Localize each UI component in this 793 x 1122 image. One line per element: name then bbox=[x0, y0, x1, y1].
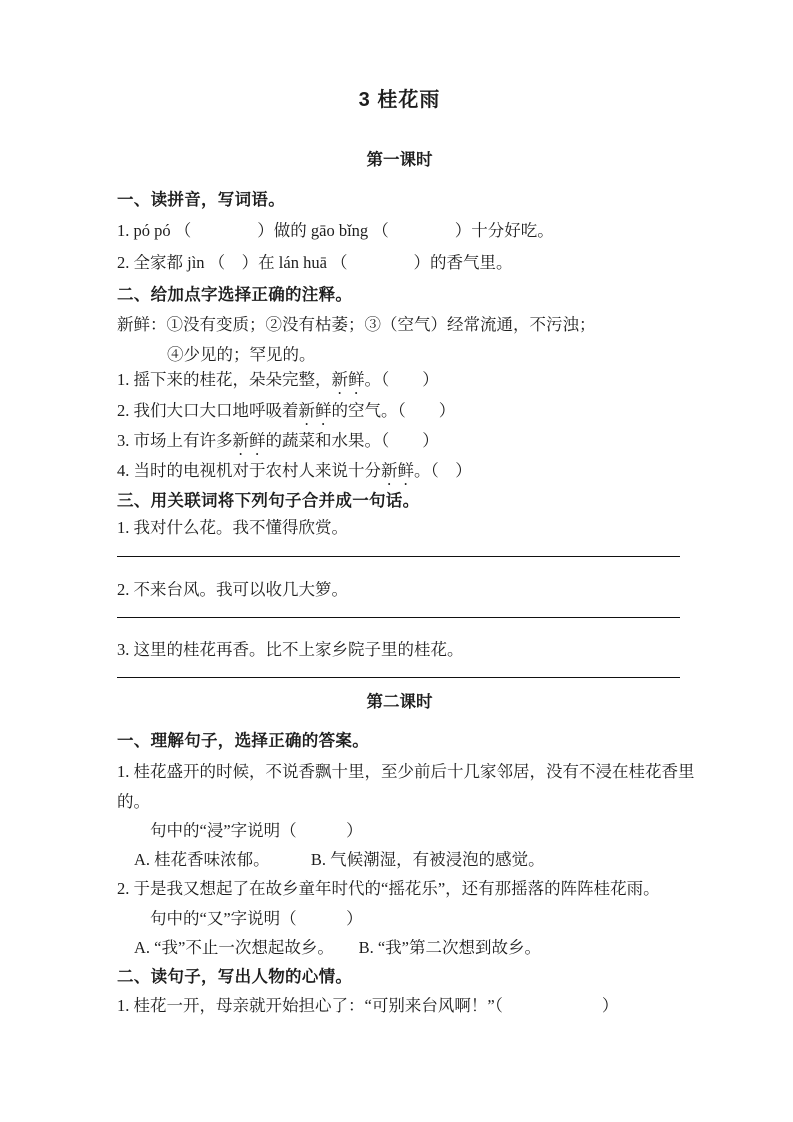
question-pre: 2. 我们大口大口地呼吸着 bbox=[117, 401, 299, 420]
comprehension-q1-prompt: 句中的“浸”字说明（ ） bbox=[150, 819, 363, 843]
combine-sentence-2: 2. 不来台风。我可以收几大箩。 bbox=[117, 578, 348, 602]
comprehension-q1-line1: 1. 桂花盛开的时候，不说香飘十里，至少前后十几家邻居，没有不浸在桂花香里 bbox=[117, 760, 695, 784]
mood-question-1: 1. 桂花一开，母亲就开始担心了：“可别来台风啊！”（ ） bbox=[117, 994, 618, 1018]
comprehension-q2-sentence: 2. 于是我又想起了在故乡童年时代的“摇花乐”，还有那摇落的阵阵桂花雨。 bbox=[117, 877, 660, 901]
emphasized-word: 新鲜 bbox=[381, 461, 414, 480]
comprehension-q1-options: A. 桂花香味浓郁。 B. 气候潮湿，有被浸泡的感觉。 bbox=[134, 848, 545, 872]
s1-section2-heading: 二、给加点字选择正确的注释。 bbox=[117, 283, 352, 307]
emphasized-word: 新鲜 bbox=[233, 431, 266, 450]
question-pre: 4. 当时的电视机对于农村人来说十分 bbox=[117, 461, 381, 480]
s2-section2-heading: 二、读句子，写出人物的心情。 bbox=[117, 965, 352, 989]
combine-sentence-1: 1. 我对什么花。我不懂得欣赏。 bbox=[117, 516, 348, 540]
session2-heading: 第二课时 bbox=[117, 690, 682, 714]
comprehension-q2-prompt: 句中的“又”字说明（ ） bbox=[150, 907, 363, 931]
question-post: 的蔬菜和水果。（ ） bbox=[266, 431, 439, 450]
annotation-question-4: 4. 当时的电视机对于农村人来说十分新鲜。（ ） bbox=[117, 459, 472, 489]
s1-section3-heading: 三、用关联词将下列句子合并成一句话。 bbox=[117, 489, 419, 513]
worksheet-content: 3 桂花雨 第一课时 一、读拼音，写词语。 1. pó pó （ ）做的 gāo… bbox=[117, 0, 682, 1122]
annotation-question-2: 2. 我们大口大口地呼吸着新鲜的空气。（ ） bbox=[117, 399, 455, 429]
s2-section1-heading: 一、理解句子，选择正确的答案。 bbox=[117, 729, 369, 753]
answer-line-1 bbox=[117, 556, 680, 557]
pinyin-item-2: 2. 全家都 jìn （ ）在 lán huā （ ）的香气里。 bbox=[117, 251, 513, 275]
comprehension-q1-line2: 的。 bbox=[117, 790, 150, 814]
pinyin-item-1: 1. pó pó （ ）做的 gāo bǐng （ ）十分好吃。 bbox=[117, 219, 554, 243]
emphasized-word: 新鲜 bbox=[299, 401, 332, 420]
question-post: 的空气。（ ） bbox=[332, 401, 456, 420]
comprehension-q2-options: A. “我”不止一次想起故乡。 B. “我”第二次想到故乡。 bbox=[134, 936, 541, 960]
gloss-line-2: ④少见的；罕见的。 bbox=[167, 343, 316, 367]
emphasized-word: 新鲜 bbox=[332, 370, 365, 389]
combine-sentence-3: 3. 这里的桂花再香。比不上家乡院子里的桂花。 bbox=[117, 638, 464, 662]
gloss-line-1: 新鲜：①没有变质；②没有枯萎；③（空气）经常流通，不污浊； bbox=[117, 313, 596, 337]
s1-section1-heading: 一、读拼音，写词语。 bbox=[117, 188, 285, 212]
question-pre: 1. 摇下来的桂花，朵朵完整， bbox=[117, 370, 332, 389]
answer-line-3 bbox=[117, 677, 680, 678]
question-post: 。（ ） bbox=[414, 461, 472, 480]
annotation-question-3: 3. 市场上有许多新鲜的蔬菜和水果。（ ） bbox=[117, 429, 439, 459]
question-pre: 3. 市场上有许多 bbox=[117, 431, 233, 450]
worksheet-page: 3 桂花雨 第一课时 一、读拼音，写词语。 1. pó pó （ ）做的 gāo… bbox=[0, 0, 793, 1122]
session1-heading: 第一课时 bbox=[117, 148, 682, 172]
answer-line-2 bbox=[117, 617, 680, 618]
question-post: 。（ ） bbox=[365, 370, 439, 389]
page-title: 3 桂花雨 bbox=[117, 88, 682, 112]
annotation-question-1: 1. 摇下来的桂花，朵朵完整，新鲜。（ ） bbox=[117, 368, 439, 398]
